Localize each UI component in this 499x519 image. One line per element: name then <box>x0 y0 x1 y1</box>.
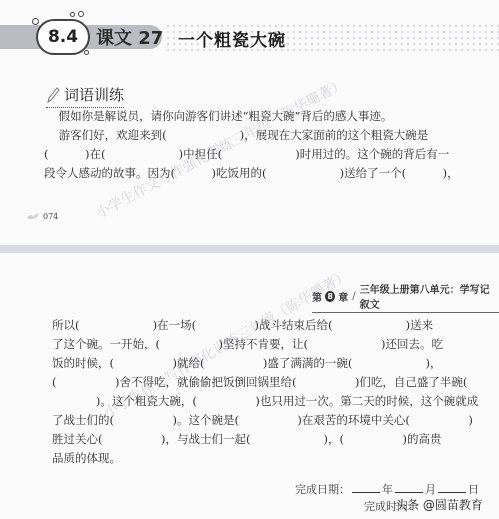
text-line: ( )在( )中担任( )时用过的。这个碗的背后有一 <box>44 145 459 164</box>
text-line: 饭的时候，( )就给( )盛了满满的一碗( )， <box>52 354 478 373</box>
text-line: )。这个粗瓷大碗，( )也只用过一次。第二天的时候，这个碗就成 <box>52 392 478 411</box>
text-line: 品质的体现。 <box>52 449 478 468</box>
year-label: 年 <box>382 483 393 496</box>
chapter-prefix: 第 <box>312 289 322 304</box>
chapter-separator: / <box>352 291 355 302</box>
chapter-suffix: 章 <box>338 289 348 304</box>
pencil-icon <box>46 86 60 104</box>
section-title: 词语训练 <box>64 84 124 105</box>
cloud-bubble-icon <box>84 50 89 55</box>
page-footer: 074 <box>26 210 58 222</box>
lesson-label: 课文 27 <box>96 24 163 50</box>
exercise-text-top: 假如你是解说员，请你向游客们讲述“粗瓷大碗”背后的感人事迹。 游客们好，欢迎来到… <box>44 107 459 183</box>
year-blank[interactable] <box>352 482 380 493</box>
chapter-header: 第 8 章 / 三年级上册第八单元：学写记叙文 <box>312 281 499 313</box>
text-line: 了这个碗。一开始，( )坚持不肯要，让( )还回去。吃 <box>52 335 478 354</box>
completion-date-label: 完成日期： <box>295 483 350 496</box>
section-number: 8.4 <box>48 27 78 47</box>
cloud-bubble-icon <box>70 12 75 17</box>
page-number: 074 <box>43 212 58 221</box>
page-074: 8.4 课文 27 一个粗瓷大碗 词语训练 假如你是解说员，请你向游客们讲述“粗… <box>0 0 499 245</box>
leaf-icon <box>26 210 40 222</box>
exercise-text-bottom: 所以( )在一场( )战斗结束后给( )送来了这个碗。一开始，( )坚持不肯要，… <box>52 316 478 468</box>
text-line: 假如你是解说员，请你向游客们讲述“粗瓷大碗”背后的感人事迹。 <box>44 107 459 126</box>
day-label: 日 <box>468 483 479 496</box>
source-credit: 头条 @圆苗教育 <box>395 496 483 513</box>
text-line: 所以( )在一场( )战斗结束后给( )送来 <box>52 316 478 335</box>
text-line: 了战士们的( )。这个碗是( )在艰苦的环境中关心( ) <box>52 411 478 430</box>
text-line: ( )舍不得吃，就偷偷把饭倒回锅里给( )们吃，自己盛了半碗( <box>52 373 478 392</box>
text-line: 胜过关心( )，与战士们一起( )，( )的高贵 <box>52 430 478 449</box>
cloud-bubble-icon <box>78 11 84 17</box>
text-line: 游客们好，欢迎来到( )，展现在大家面前的这个粗瓷大碗是 <box>44 126 459 145</box>
completion-date: 完成日期：年月日 <box>295 481 479 497</box>
cloud-bubble-icon <box>32 18 39 25</box>
day-blank[interactable] <box>438 482 466 493</box>
page-divider <box>0 245 499 253</box>
text-line: 段令人感动的故事。因为( )吃饭用的( )送给了一个( )， <box>44 164 459 183</box>
month-blank[interactable] <box>395 482 423 493</box>
section-heading: 词语训练 <box>46 84 124 108</box>
lesson-title: 一个粗瓷大碗 <box>178 26 286 51</box>
section-number-cloud: 8.4 <box>36 19 90 55</box>
chapter-subtitle: 三年级上册第八单元：学写记叙文 <box>360 281 499 311</box>
chapter-number: 8 <box>325 291 335 302</box>
month-label: 月 <box>425 483 436 496</box>
